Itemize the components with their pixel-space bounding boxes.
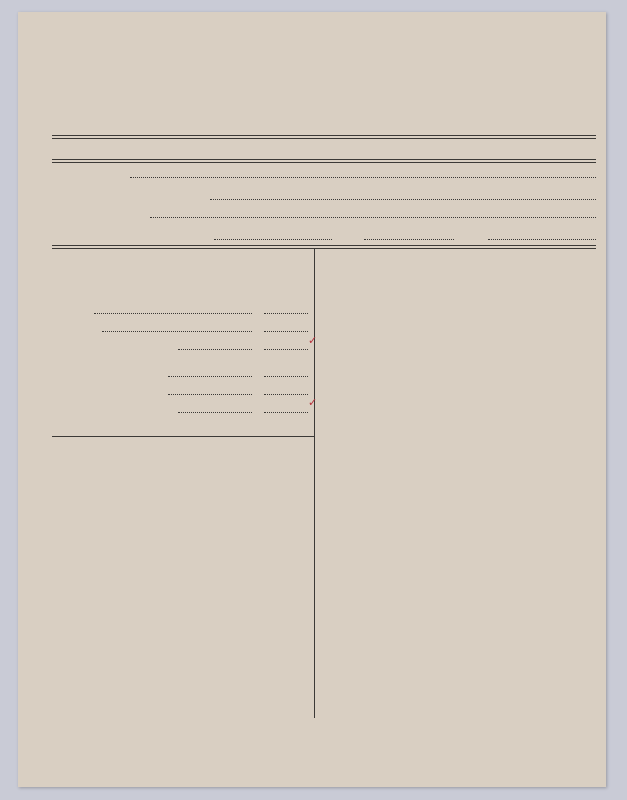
q2-leader bbox=[102, 331, 252, 332]
divider bbox=[52, 436, 314, 437]
q1-line bbox=[264, 313, 308, 314]
q1-leader bbox=[94, 313, 252, 314]
church-name-line bbox=[150, 217, 596, 218]
q6-line bbox=[264, 412, 308, 413]
division-line bbox=[210, 199, 596, 200]
q3-line bbox=[264, 349, 308, 350]
census-form-sheet: ✓ ✓ bbox=[18, 12, 606, 787]
city-line bbox=[214, 239, 332, 240]
q4-leader bbox=[168, 376, 252, 377]
state-line bbox=[488, 239, 596, 240]
checkmark-icon: ✓ bbox=[308, 396, 317, 409]
divider bbox=[52, 159, 596, 163]
denomination-line bbox=[130, 177, 596, 178]
divider bbox=[52, 135, 596, 139]
divider bbox=[52, 245, 596, 249]
column-divider bbox=[314, 248, 315, 718]
q6-leader bbox=[178, 412, 252, 413]
q5-line bbox=[264, 394, 308, 395]
q3-leader bbox=[178, 349, 252, 350]
q4-line bbox=[264, 376, 308, 377]
county-line bbox=[364, 239, 454, 240]
q2-line bbox=[264, 331, 308, 332]
checkmark-icon: ✓ bbox=[308, 334, 317, 347]
q5-leader bbox=[168, 394, 252, 395]
